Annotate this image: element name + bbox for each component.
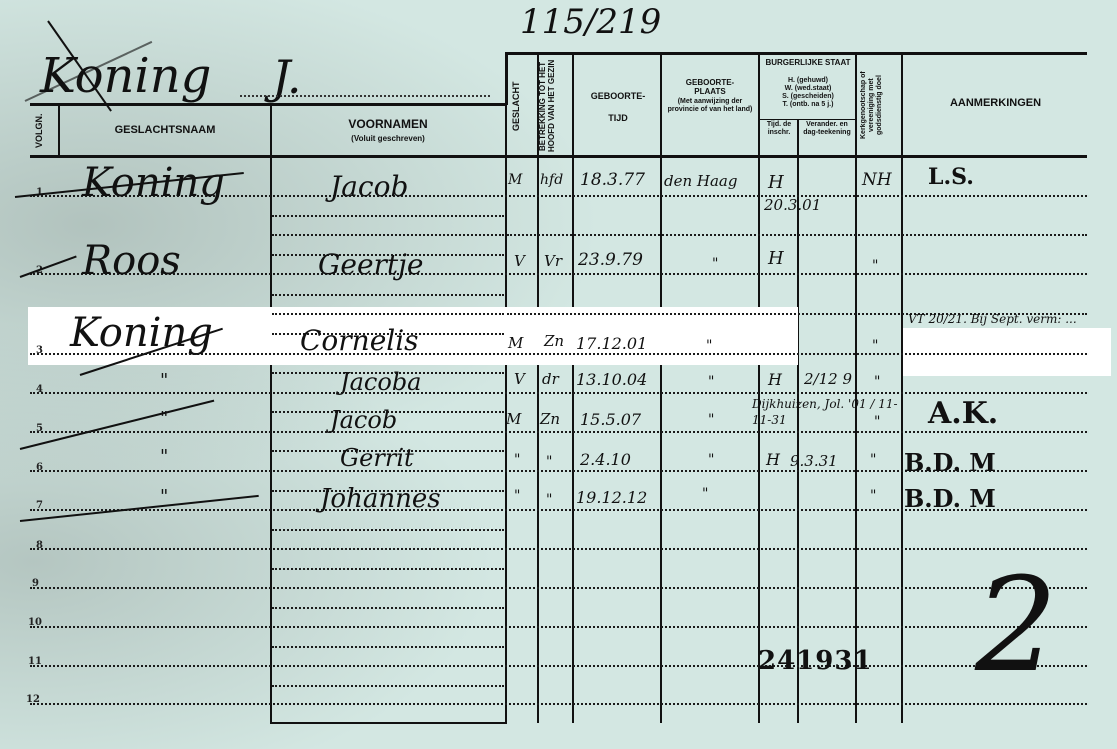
row-number: 5 <box>36 423 43 434</box>
row-1-civil-change: 20.3.01 <box>764 196 821 214</box>
col-header-relation: BETREKKING TOT HET HOOFD VAN HET GEZIN <box>538 58 570 154</box>
row-5-firstname: Jacob <box>330 406 397 434</box>
row-6-civil-status: H <box>766 450 780 469</box>
row-4-civil-change: 2/12 9 <box>804 370 852 388</box>
col-header-surname: GESLACHTSNAAM <box>60 124 270 136</box>
row-1-relation: hfd <box>540 172 563 188</box>
row-7-remarks: B.D. M <box>904 484 996 513</box>
row-6-birthplace: " <box>708 452 714 468</box>
row-rule <box>30 665 1087 667</box>
col-header-birthdate-1: GEBOORTE- <box>576 90 660 102</box>
row-rule <box>30 548 1087 550</box>
row-4-religion: " <box>874 374 880 390</box>
row-2-civil-status: H <box>768 248 784 269</box>
row-5-relation: Zn <box>540 410 560 428</box>
row-4-birthplace: " <box>708 374 714 390</box>
row-5-remarks: A.K. <box>928 396 998 431</box>
row-4-relation: dr <box>542 370 559 388</box>
row-1-sex: M <box>508 172 522 188</box>
col-header-birthplace-2: PLAATS <box>662 87 758 96</box>
row-4-sex: V <box>514 370 525 388</box>
row-7-sex: " <box>514 488 520 504</box>
grid-v-relation <box>572 52 574 723</box>
row-5-birthdate: 15.5.07 <box>580 410 641 429</box>
firstname-subrule <box>272 607 504 609</box>
row-5-religion: " <box>874 414 880 430</box>
stamp-number: 241931 <box>758 646 873 676</box>
row-2-firstname: Geertje <box>318 248 423 281</box>
header-dotted-line <box>240 95 490 97</box>
row-5-birthplace: " <box>708 412 714 428</box>
grid-v-birthdate <box>660 52 662 723</box>
row-6-religion: " <box>870 452 876 468</box>
right-subrule <box>507 234 1087 236</box>
row-4-firstname: Jacoba <box>340 368 422 396</box>
row-3-firstname: Cornelis <box>300 324 419 357</box>
row-3-surname: Koning <box>70 310 213 356</box>
row-6-civil-change: 9.3.31 <box>790 452 838 470</box>
row-number: 12 <box>26 694 40 705</box>
grid-v-birthplace <box>758 52 760 723</box>
grid-v-religion <box>901 52 903 723</box>
row-6-firstname: Gerrit <box>340 444 414 472</box>
row-number: 4 <box>36 384 43 395</box>
row-rule <box>30 703 1087 705</box>
row-rule <box>30 626 1087 628</box>
civil-code-s: S. (gescheiden) <box>762 93 854 101</box>
civil-status-codes: H. (gehuwd) W. (wed.staat) S. (gescheide… <box>762 77 854 109</box>
grid-v-civil <box>855 52 857 723</box>
civil-code-w: W. (wed.staat) <box>762 85 854 93</box>
row-2-birthdate: 23.9.79 <box>578 250 643 270</box>
firstname-subrule <box>272 685 504 687</box>
row-2-relation: Vr <box>544 252 562 270</box>
firstname-subrule <box>272 234 504 236</box>
page-mark: 2 <box>975 560 1058 690</box>
civil-code-t: T. (ontb. na 5 j.) <box>762 101 854 109</box>
col-header-birthplace-1: GEBOORTE- <box>662 78 758 87</box>
top-border <box>505 52 1087 55</box>
header-top-border-left <box>30 103 507 106</box>
col-header-volgnr: VOLGN. <box>34 110 44 152</box>
row-6-sex: " <box>514 452 520 468</box>
registration-card: 115/219 Koning J. VOLGN. GESLACHTSNAAM V… <box>0 0 1117 749</box>
col-header-firstnames-sub: (Voluit geschreven) <box>272 133 504 145</box>
row-number: 6 <box>36 462 43 473</box>
col-header-remarks: AANMERKINGEN <box>904 97 1087 109</box>
row-3-religion: " <box>872 338 878 354</box>
family-surname-header: Koning <box>40 48 211 104</box>
row-2-religion: " <box>872 258 878 274</box>
row-3-birthplace: " <box>706 338 712 354</box>
row-number: 3 <box>36 345 43 356</box>
row-3-relation: Zn <box>544 332 564 350</box>
firstname-subrule <box>272 529 504 531</box>
col-header-sex: GESLACHT <box>511 60 521 152</box>
row-number: 7 <box>36 500 43 511</box>
row-4-civil-status: H <box>768 370 782 389</box>
row-rule <box>30 392 1087 394</box>
row-3-birthdate: 17.12.01 <box>576 334 647 353</box>
row-7-relation: " <box>546 492 552 508</box>
col-header-birthdate-2: TIJD <box>576 112 660 124</box>
row-1-birthplace: den Haag <box>664 172 737 190</box>
row-7-birthplace: " <box>702 486 708 502</box>
firstname-subrule <box>272 215 504 217</box>
col-header-birthplace-sub: (Met aanwijzing der provincie of van het… <box>666 98 754 114</box>
row-3-remarks-highlight <box>903 328 1111 376</box>
row-number: 10 <box>28 617 42 628</box>
row-2-birthplace: " <box>712 256 718 272</box>
firstname-subrule <box>272 646 504 648</box>
row-number: 11 <box>28 656 42 667</box>
row-number: 8 <box>36 540 43 551</box>
row-1-birthdate: 18.3.77 <box>580 170 645 190</box>
row-6-surname: " <box>160 446 168 467</box>
firstname-subrule <box>272 313 504 315</box>
row-4-birthdate: 13.10.04 <box>576 370 647 389</box>
row-7-religion: " <box>870 488 876 504</box>
row-5-sex: M <box>506 410 521 428</box>
col-header-religion: Kerkgenootschap of vereeniging met godsd… <box>860 58 898 152</box>
col-header-civil-sub-2: Verander. en dag-teekening <box>799 121 855 137</box>
col-header-civil-status: BURGERLIJKE STAAT <box>762 58 854 67</box>
row-7-birthdate: 19.12.12 <box>576 488 647 507</box>
row-6-birthdate: 2.4.10 <box>580 450 631 469</box>
civil-code-h: H. (gehuwd) <box>762 77 854 85</box>
row-6-relation: " <box>546 454 552 470</box>
row-1-remarks: L.S. <box>928 164 974 190</box>
row-6-remarks: B.D. M <box>904 448 996 477</box>
grid-v-firstnames <box>505 52 507 723</box>
firstname-subrule <box>272 568 504 570</box>
civil-sub-divider <box>760 119 856 120</box>
row-3-remarks: VT 20/21. Bij Sept. verm: ... <box>908 312 1108 327</box>
col-header-firstnames: VOORNAMEN <box>272 118 504 130</box>
grid-v-sex <box>537 52 539 723</box>
row-rule <box>30 587 1087 589</box>
grid-v-volgnr <box>58 105 60 155</box>
row-1-civil-status: H <box>768 172 784 193</box>
row-3-sex: M <box>508 334 523 352</box>
col-header-civil-sub-1: Tijd. de inschr. <box>760 121 798 137</box>
row-2-sex: V <box>514 252 525 270</box>
reference-number: 115/219 <box>520 2 661 42</box>
row-number: 9 <box>32 578 39 589</box>
row-7-firstname: Johannes <box>320 484 441 514</box>
row-2-surname: Roos <box>82 238 181 284</box>
row-1-firstname: Jacob <box>330 170 408 203</box>
row-5-strike <box>20 400 215 450</box>
row-1-religion: NH <box>862 170 892 190</box>
row-rule <box>30 273 1087 275</box>
row-rule <box>30 431 1087 433</box>
header-bottom-border <box>30 155 1087 158</box>
grid-v-surname <box>270 105 272 723</box>
firstnames-box-bottom <box>270 722 507 724</box>
firstname-subrule <box>272 294 504 296</box>
row-4-surname: " <box>160 370 168 391</box>
